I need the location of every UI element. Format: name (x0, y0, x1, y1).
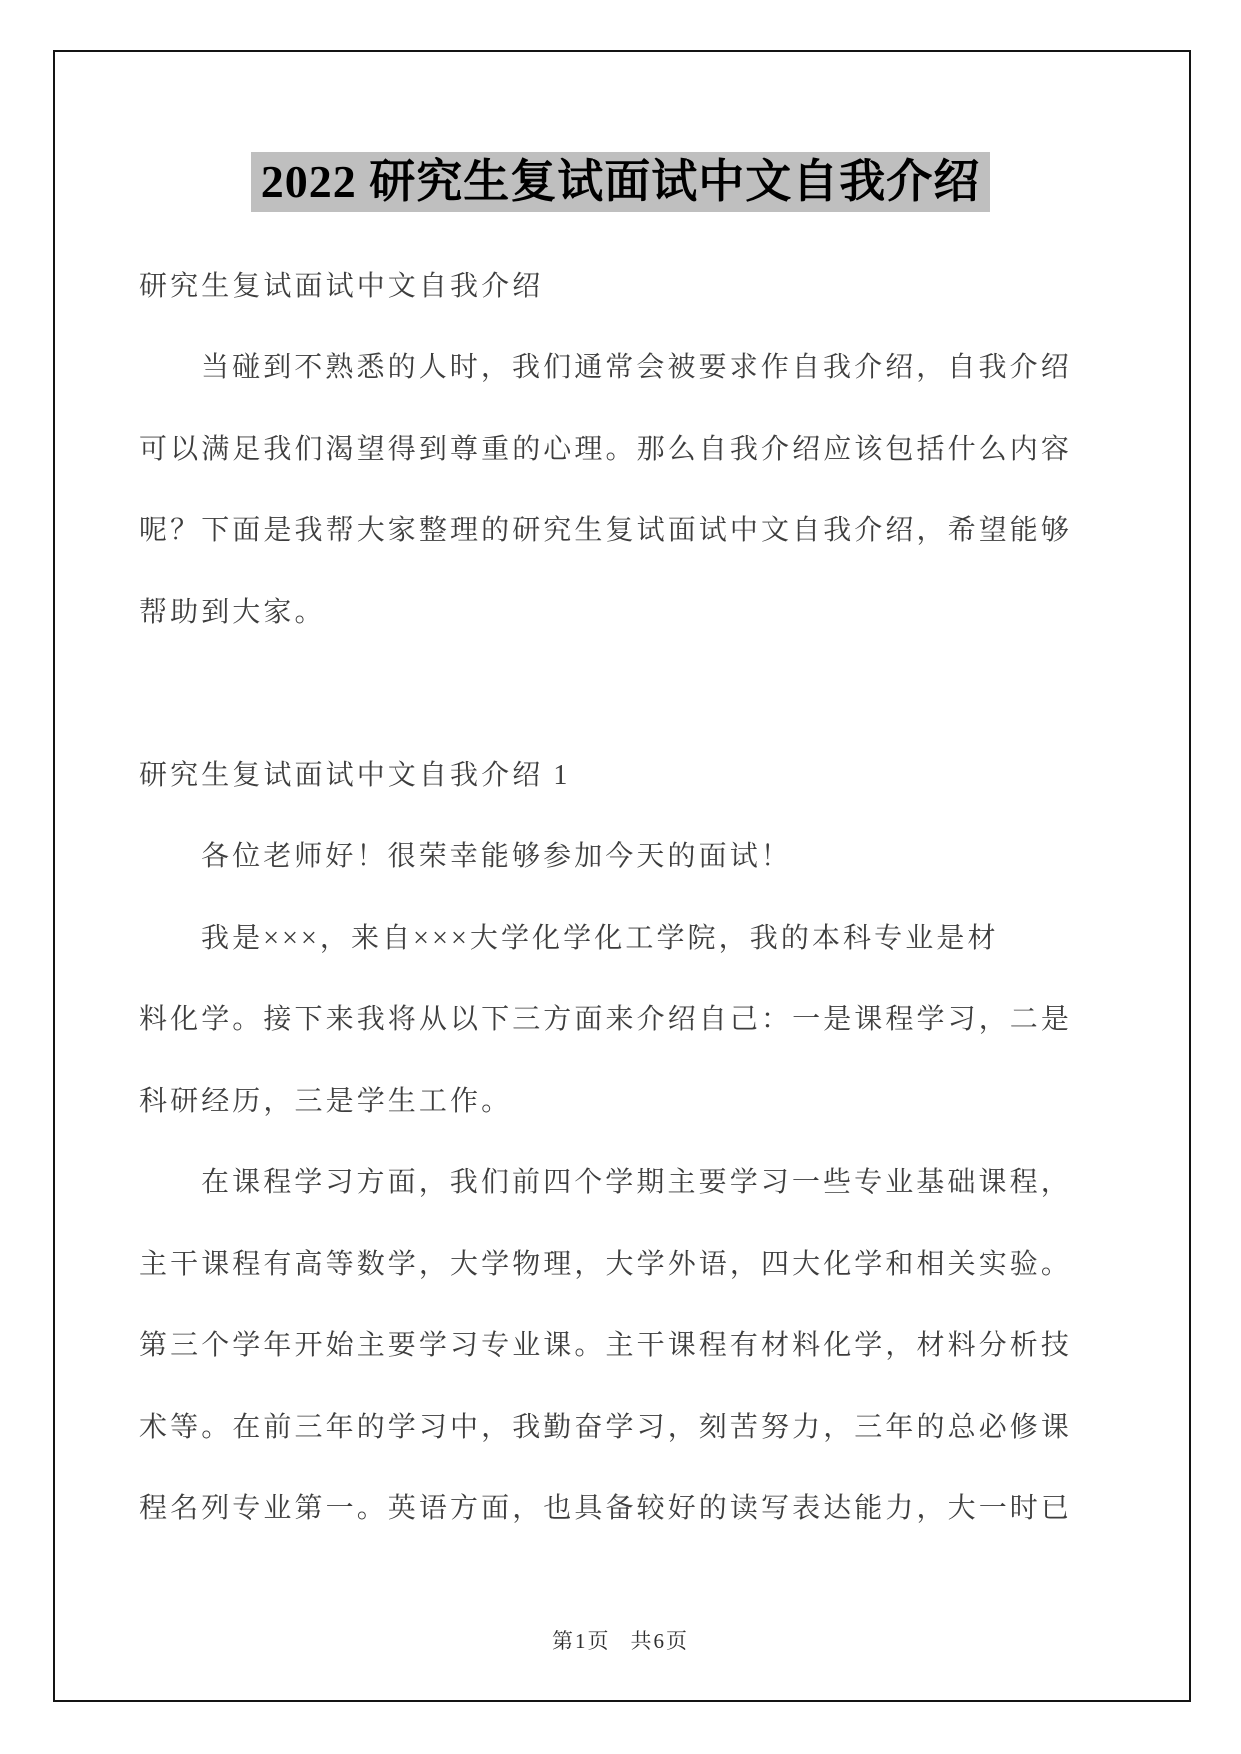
text-line: 当碰到不熟悉的人时，我们通常会被要求作自我介绍，自我介绍 (139, 350, 1141, 386)
text-line: 可以满足我们渴望得到尊重的心理。那么自我介绍应该包括什么内容 (139, 432, 1079, 468)
footer-page-total: 共6页 (631, 1629, 690, 1653)
text-line: 科研经历，三是学生工作。 (139, 1084, 1079, 1120)
footer-page-number: 第1页 (552, 1629, 611, 1653)
text-line: 帮助到大家。 (139, 595, 1079, 631)
section-heading: 研究生复试面试中文自我介绍 1 (139, 758, 1079, 794)
document-title: 2022 研究生复试面试中文自我介绍 (0, 152, 1241, 212)
text-line: 在课程学习方面，我们前四个学期主要学习一些专业基础课程， (139, 1165, 1141, 1201)
text-line: 各位老师好！很荣幸能够参加今天的面试！ (139, 839, 1141, 875)
text-line: 主干课程有高等数学，大学物理，大学外语，四大化学和相关实验。 (139, 1247, 1079, 1283)
text-line: 研究生复试面试中文自我介绍 (139, 269, 1079, 305)
text-line: 我是×××，来自×××大学化学化工学院，我的本科专业是材 (139, 921, 1141, 957)
text-line: 程名列专业第一。英语方面，也具备较好的读写表达能力，大一时已 (139, 1491, 1079, 1527)
text-line: 料化学。接下来我将从以下三方面来介绍自己：一是课程学习，二是 (139, 1002, 1079, 1038)
document-page: 2022 研究生复试面试中文自我介绍 研究生复试面试中文自我介绍 当碰到不熟悉的… (0, 0, 1241, 1754)
text-line: 术等。在前三年的学习中，我勤奋学习，刻苦努力，三年的总必修课 (139, 1410, 1079, 1446)
text-line: 第三个学年开始主要学习专业课。主干课程有材料化学，材料分析技 (139, 1328, 1079, 1364)
page-footer: 第1页共6页 (0, 1628, 1241, 1654)
text-line: 呢？下面是我帮大家整理的研究生复试面试中文自我介绍，希望能够 (139, 513, 1079, 549)
document-title-text: 2022 研究生复试面试中文自我介绍 (251, 152, 991, 212)
